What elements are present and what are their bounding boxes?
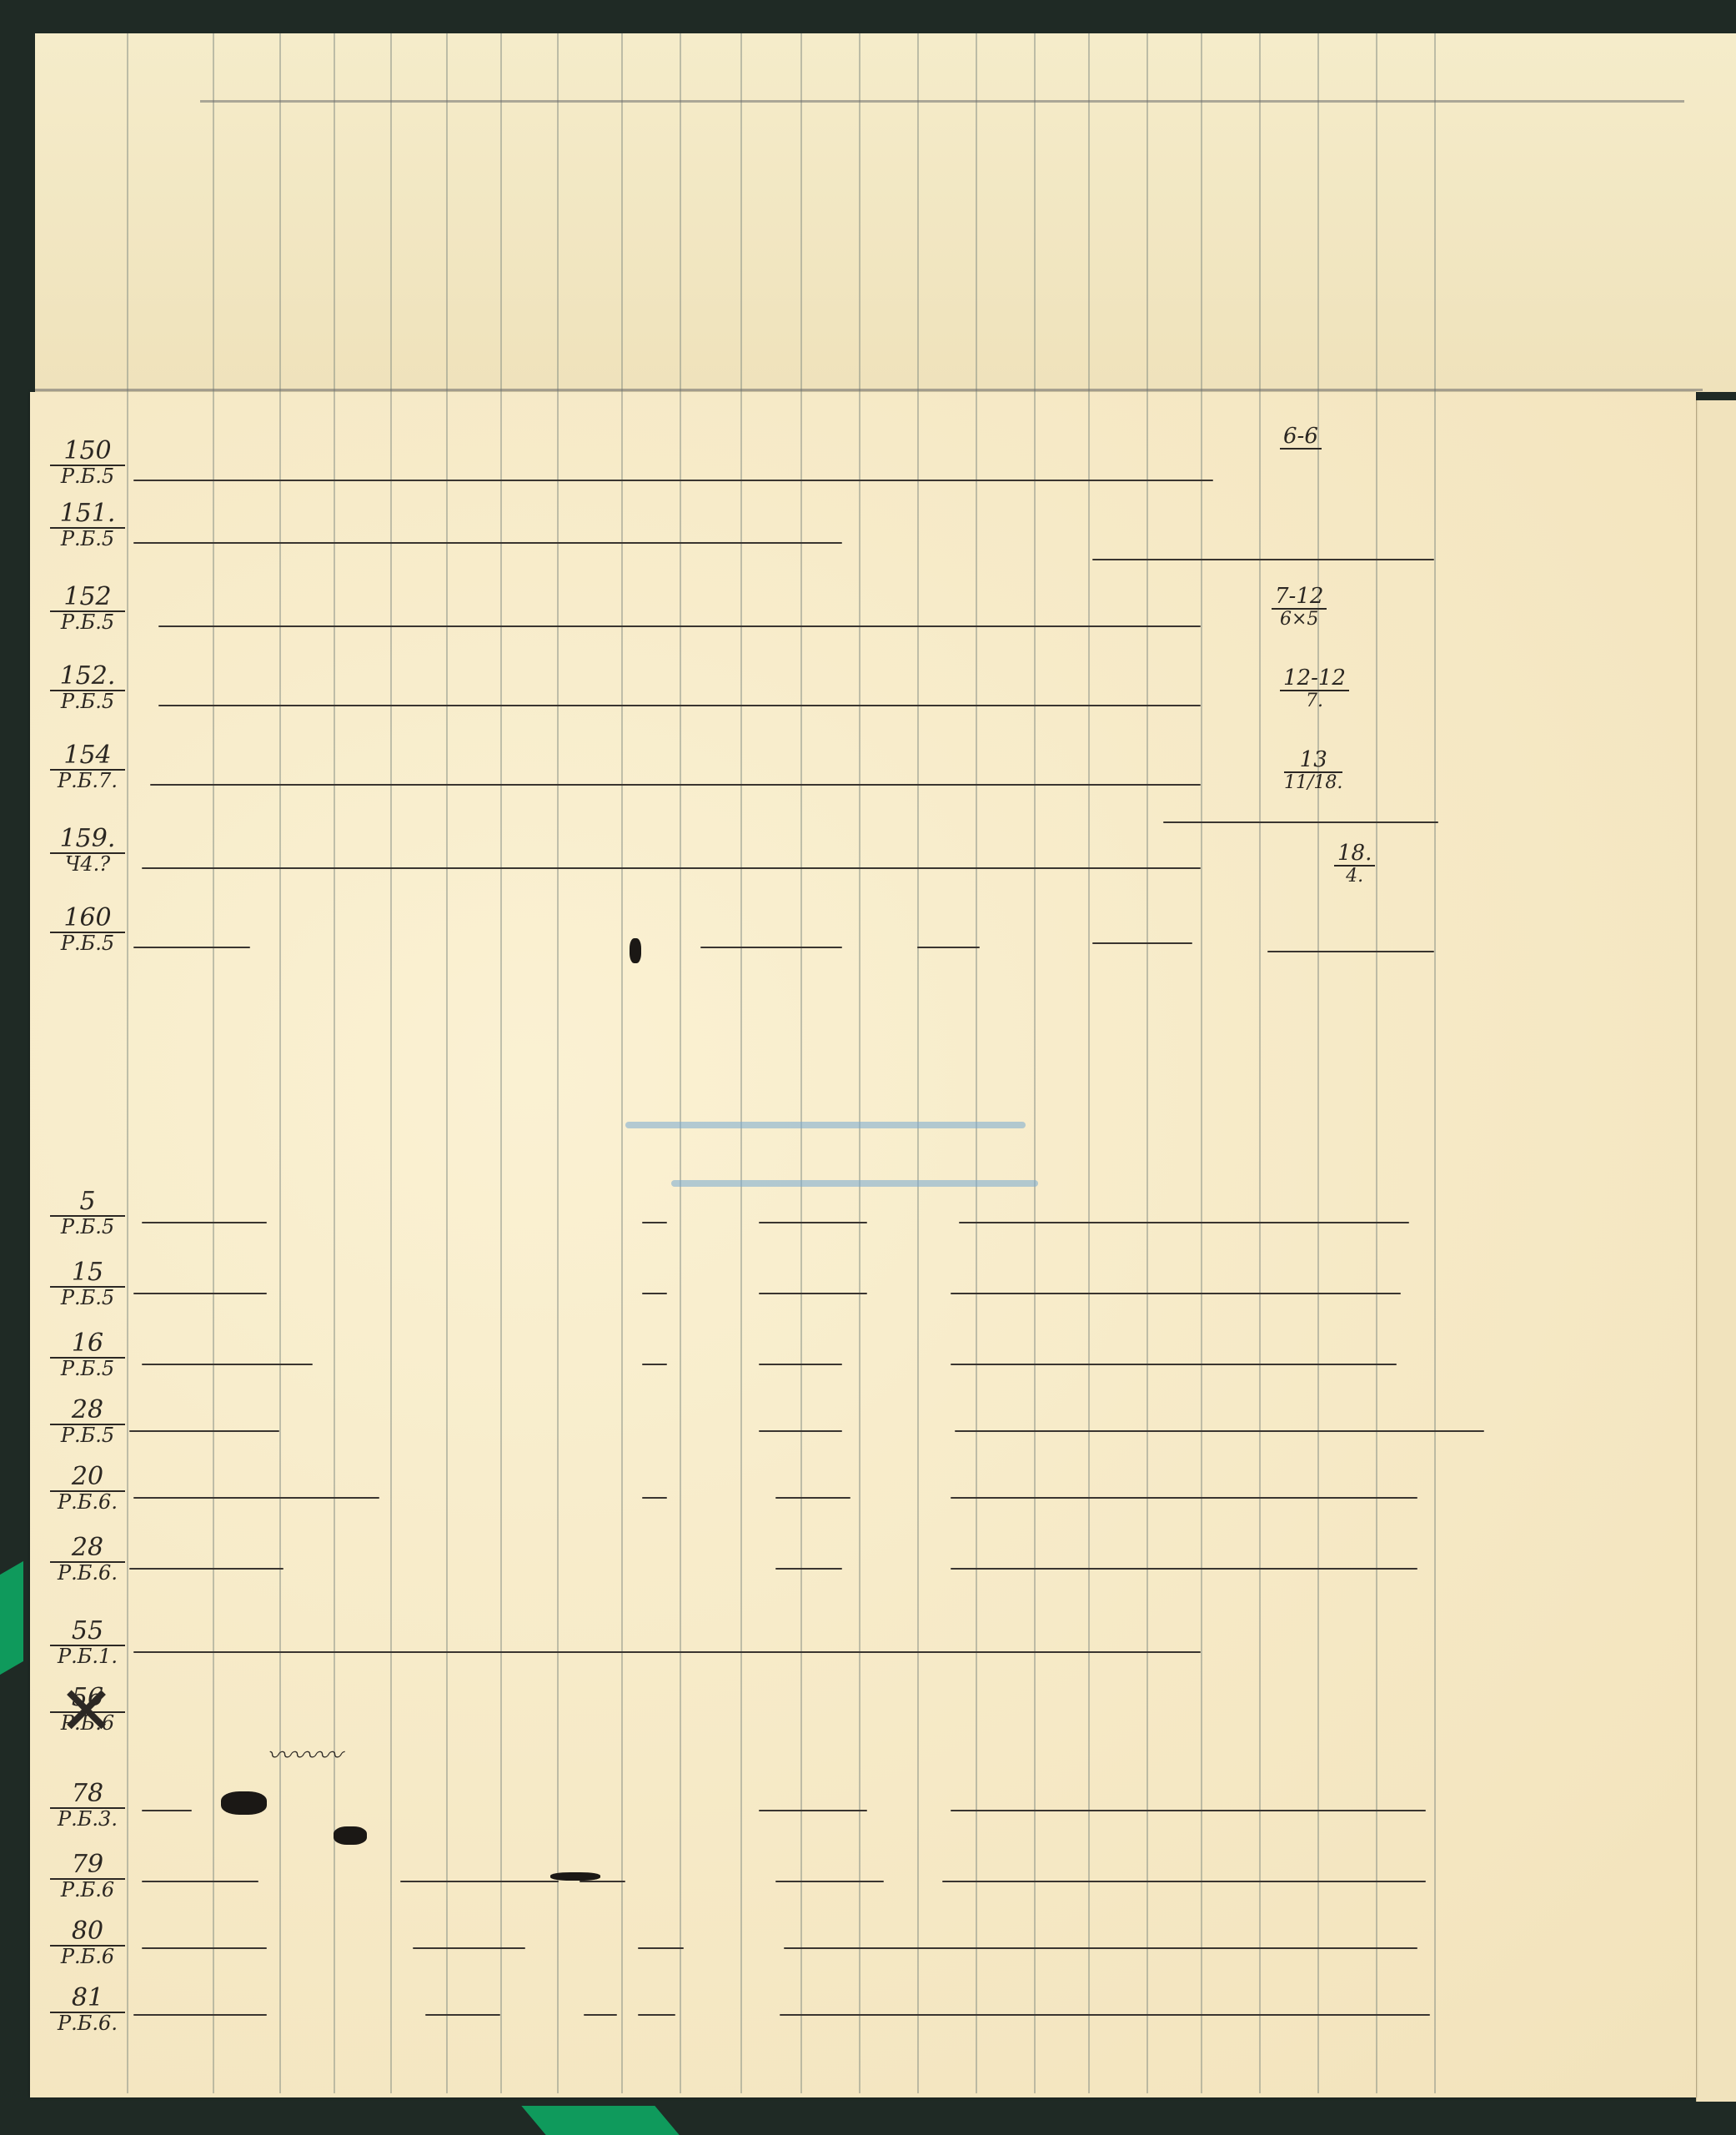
row-number-id: 154 xyxy=(50,742,125,771)
row-number-sub: Р.Б.7. xyxy=(50,771,125,791)
row-dash-line xyxy=(133,542,842,544)
row-dash-line xyxy=(1267,951,1434,952)
grid-column-line xyxy=(1259,33,1261,2093)
fraction-denominator: 6×5 xyxy=(1272,610,1327,629)
row-number: 150Р.Б.5 xyxy=(50,438,125,487)
row-number: 20Р.Б.6. xyxy=(50,1464,125,1513)
fraction-denominator: 4. xyxy=(1334,867,1375,886)
row-number-id: 151. xyxy=(50,500,125,529)
grid-column-line xyxy=(213,33,214,2093)
crossed-out-mark: ✕ xyxy=(58,1676,114,1746)
row-number-id: 28 xyxy=(50,1397,125,1425)
row-dash-line xyxy=(759,1293,867,1294)
row-dash-line xyxy=(955,1430,1484,1432)
cell-fraction: 7-126×5 xyxy=(1272,585,1327,629)
row-dash-line xyxy=(638,2014,675,2016)
row-number-sub: Р.Б.5 xyxy=(50,529,125,550)
row-number: 81Р.Б.6. xyxy=(50,1985,125,2034)
fraction-numerator: 12-12 xyxy=(1280,667,1349,691)
row-dash-line xyxy=(759,1430,842,1432)
row-dash-line xyxy=(580,1881,625,1882)
row-dash-line xyxy=(759,1222,867,1223)
row-number: 80Р.Б.6 xyxy=(50,1918,125,1967)
row-number-sub: Р.Б.5 xyxy=(50,1359,125,1379)
grid-column-line xyxy=(1146,33,1148,2093)
row-dash-line xyxy=(133,947,250,948)
header-sheet xyxy=(35,33,1736,392)
row-dash-line xyxy=(142,1810,192,1811)
row-number-id: 55 xyxy=(50,1618,125,1646)
row-number: 159.Ч4.? xyxy=(50,826,125,875)
row-dash-line xyxy=(642,1364,667,1365)
row-number: 151.Р.Б.5 xyxy=(50,500,125,550)
grid-column-line xyxy=(917,33,919,2093)
row-number: 28Р.Б.6. xyxy=(50,1535,125,1584)
grid-column-line xyxy=(500,33,502,2093)
row-number-sub: Р.Б.5 xyxy=(50,466,125,487)
green-stripe-bottom xyxy=(521,2106,679,2135)
row-dash-line xyxy=(129,1568,283,1570)
row-dash-line xyxy=(584,2014,617,2016)
row-dash-line xyxy=(133,2014,267,2016)
row-dash-line xyxy=(942,1881,1426,1882)
row-number-id: 152. xyxy=(50,663,125,691)
grid-column-line xyxy=(859,33,860,2093)
row-number-id: 79 xyxy=(50,1851,125,1880)
row-dash-line xyxy=(158,705,1201,706)
grid-column-line xyxy=(680,33,681,2093)
row-dash-line xyxy=(400,1881,559,1882)
row-dash-line xyxy=(775,1881,884,1882)
row-dash-line xyxy=(158,625,1201,627)
row-number-sub: Р.Б.5 xyxy=(50,1217,125,1238)
cell-fraction: 1311/18. xyxy=(1284,749,1342,792)
row-dash-line xyxy=(951,1497,1417,1499)
section-title-underline-2 xyxy=(671,1180,1038,1187)
row-number: 152Р.Б.5 xyxy=(50,584,125,633)
row-number: 79Р.Б.6 xyxy=(50,1851,125,1901)
row-number: 152.Р.Б.5 xyxy=(50,663,125,712)
row-number-sub: Р.Б.1. xyxy=(50,1646,125,1667)
row-number: 15Р.Б.5 xyxy=(50,1259,125,1309)
row-number-id: 16 xyxy=(50,1330,125,1359)
row-dash-line xyxy=(642,1222,667,1223)
row-dash-line xyxy=(759,1364,842,1365)
ink-blot xyxy=(221,1791,267,1815)
row-number-sub: Р.Б.5 xyxy=(50,1288,125,1309)
row-number: 55Р.Б.1. xyxy=(50,1618,125,1667)
row-number-sub: Р.Б.5 xyxy=(50,1425,125,1446)
fraction-numerator: 13 xyxy=(1284,749,1342,773)
row-number-id: 80 xyxy=(50,1918,125,1947)
cell-fraction: 12-127. xyxy=(1280,667,1349,711)
grid-column-line xyxy=(279,33,281,2093)
row-number-id: 160 xyxy=(50,905,125,933)
row-number-sub: Р.Б.6. xyxy=(50,1492,125,1513)
fraction-denominator: 11/18. xyxy=(1284,773,1342,792)
row-dash-line xyxy=(959,1222,1409,1223)
grid-column-line xyxy=(127,33,128,2093)
grid-column-line xyxy=(976,33,977,2093)
fraction-numerator: 6-6 xyxy=(1280,425,1322,450)
row-number-sub: Р.Б.5 xyxy=(50,612,125,633)
adjacent-page-edge xyxy=(1696,400,1736,2102)
row-number: 5Р.Б.5 xyxy=(50,1188,125,1238)
row-dash-line xyxy=(775,1497,850,1499)
green-stripe-left xyxy=(0,1561,23,1675)
row-dash-line xyxy=(638,1947,684,1949)
ink-blot xyxy=(550,1872,600,1881)
row-number-sub: Р.Б.6. xyxy=(50,2013,125,2034)
row-number: 28Р.Б.5 xyxy=(50,1397,125,1446)
row-number-id: 15 xyxy=(50,1259,125,1288)
row-dash-line xyxy=(917,947,980,948)
ink-blot xyxy=(334,1826,367,1845)
grid-column-line xyxy=(446,33,448,2093)
row-number-id: 5 xyxy=(50,1188,125,1217)
row-number-id: 152 xyxy=(50,584,125,612)
row-dash-line xyxy=(133,480,1213,481)
row-dash-line xyxy=(642,1293,667,1294)
grid-column-line xyxy=(1317,33,1319,2093)
row-number-sub: Р.Б.5 xyxy=(50,691,125,712)
row-dash-line xyxy=(142,1222,267,1223)
row-dash-line xyxy=(142,1364,313,1365)
header-bottom-rule xyxy=(35,389,1703,391)
row-number-sub: Р.Б.3. xyxy=(50,1809,125,1830)
grid-column-line xyxy=(740,33,742,2093)
row-dash-line xyxy=(129,1430,279,1432)
fraction-numerator: 7-12 xyxy=(1272,585,1327,610)
row-number-id: 150 xyxy=(50,438,125,466)
row-number-sub: Р.Б.6 xyxy=(50,1947,125,1967)
row-dash-line xyxy=(1092,559,1434,560)
row-dash-line xyxy=(700,947,842,948)
row-dash-line xyxy=(642,1497,667,1499)
row-number: 154Р.Б.7. xyxy=(50,742,125,791)
row-number-id: 78 xyxy=(50,1781,125,1809)
row-underline xyxy=(1163,821,1438,823)
row-dash-line xyxy=(951,1293,1401,1294)
cell-fraction: 6-6 xyxy=(1280,425,1322,450)
grid-column-line xyxy=(621,33,623,2093)
row-number-sub: Р.Б.6. xyxy=(50,1563,125,1584)
grid-column-line xyxy=(800,33,802,2093)
row-dash-line xyxy=(150,784,1201,786)
row-dash-line xyxy=(425,2014,500,2016)
row-number-id: 28 xyxy=(50,1535,125,1563)
row-number-sub: Р.Б.5 xyxy=(50,933,125,954)
row-dash-line xyxy=(133,1293,267,1294)
fraction-numerator: 18. xyxy=(1334,842,1375,867)
row-number-sub: Р.Б.6 xyxy=(50,1880,125,1901)
row-dash-line xyxy=(133,1497,379,1499)
ink-blot xyxy=(630,938,641,963)
row-dash-line xyxy=(142,1881,258,1882)
row-dash-line xyxy=(780,2014,1430,2016)
cell-fraction: 18.4. xyxy=(1334,842,1375,886)
row-number: 16Р.Б.5 xyxy=(50,1330,125,1379)
wavy-correction-mark: 〰〰〰 xyxy=(267,1735,342,1771)
row-dash-line xyxy=(951,1364,1397,1365)
grid-column-line xyxy=(1434,33,1436,2093)
row-dash-line xyxy=(1092,942,1192,944)
row-number-sub: Ч4.? xyxy=(50,854,125,875)
grid-column-line xyxy=(1376,33,1377,2093)
row-dash-line xyxy=(784,1947,1417,1949)
row-number-id: 20 xyxy=(50,1464,125,1492)
row-number-id: 81 xyxy=(50,1985,125,2013)
section-title-underline-1 xyxy=(625,1122,1026,1128)
row-dash-line xyxy=(142,867,1201,869)
fraction-denominator: 7. xyxy=(1280,691,1349,711)
grid-column-line xyxy=(390,33,392,2093)
grid-column-line xyxy=(1201,33,1202,2093)
row-number: 78Р.Б.3. xyxy=(50,1781,125,1830)
row-dash-line xyxy=(775,1568,842,1570)
row-dash-line xyxy=(133,1651,1201,1653)
grid-column-line xyxy=(1034,33,1036,2093)
row-number: 56Р.Б.6✕ xyxy=(50,1685,125,1734)
grid-column-line xyxy=(557,33,559,2093)
grid-column-line xyxy=(1088,33,1090,2093)
row-dash-line xyxy=(951,1810,1426,1811)
row-dash-line xyxy=(759,1810,867,1811)
row-number-id: 159. xyxy=(50,826,125,854)
row-number: 160Р.Б.5 xyxy=(50,905,125,954)
grid-column-line xyxy=(334,33,335,2093)
row-dash-line xyxy=(142,1947,267,1949)
header-group-rule xyxy=(200,100,1684,103)
row-dash-line xyxy=(413,1947,525,1949)
row-dash-line xyxy=(951,1568,1417,1570)
